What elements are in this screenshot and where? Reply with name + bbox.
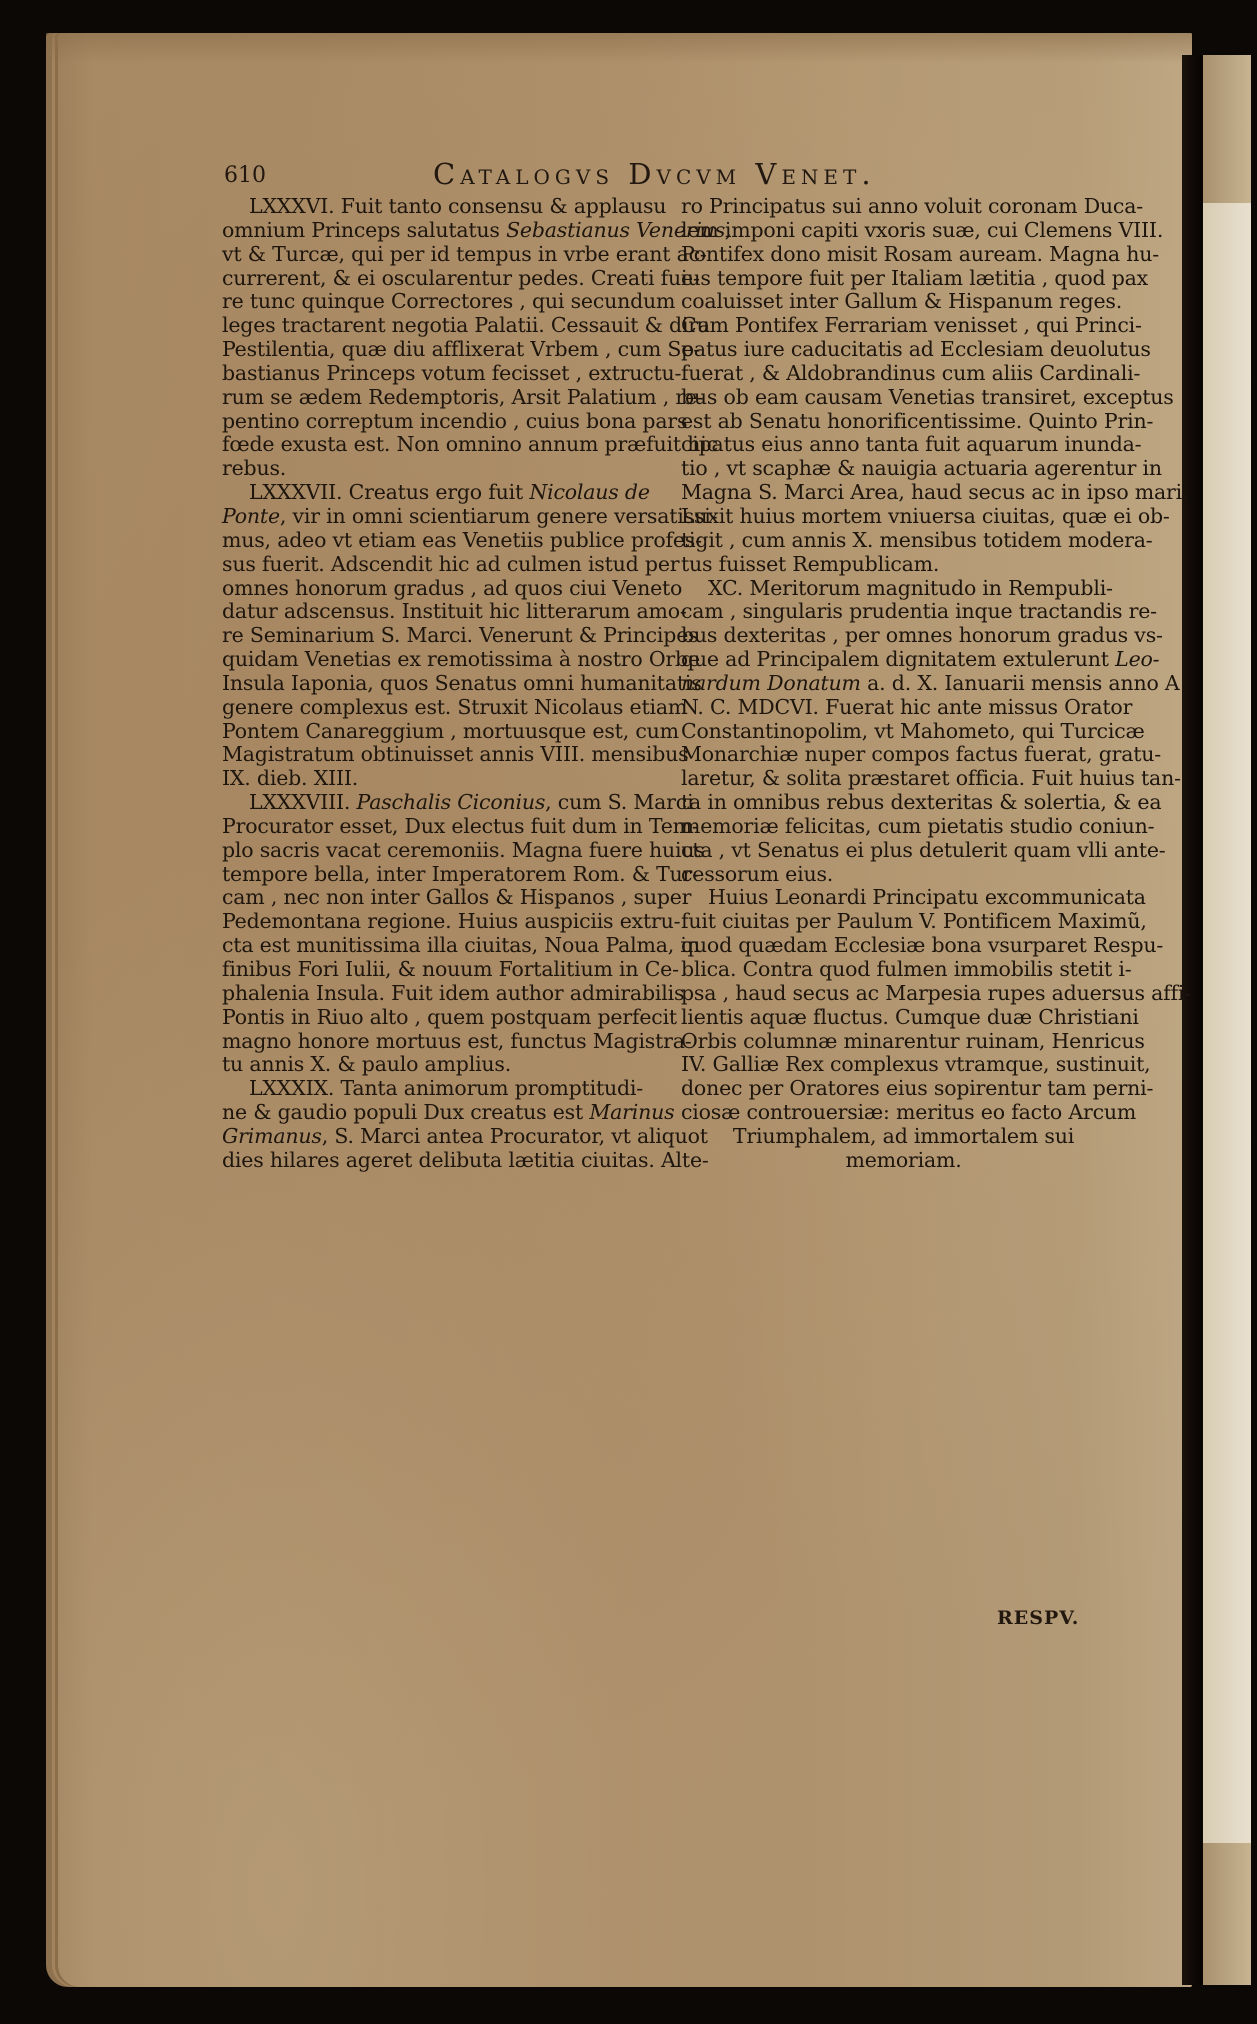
text-line: rebus. [222, 457, 667, 481]
text-line: ro Principatus sui anno voluit coronam D… [681, 195, 1126, 219]
page-number: 610 [224, 163, 266, 188]
text-line: cam , singularis prudentia inque tractan… [681, 600, 1126, 624]
text-line: tigit , cum annis X. mensibus totidem mo… [681, 529, 1126, 553]
text-line: LXXXIX. Tanta animorum promptitudi- [222, 1077, 667, 1101]
text-line: LXXXVIII. Paschalis Ciconius, cum S. Mar… [222, 791, 667, 815]
text-line: omnium Princeps salutatus Sebastianus Ve… [222, 219, 667, 243]
italic-name: Nicolaus de [529, 480, 649, 504]
text-line: IX. dieb. XIII. [222, 767, 667, 791]
running-head: 610 Catalogvs Dvcvm Venet. [220, 155, 1140, 195]
italic-name: Leo- [1115, 647, 1159, 671]
text-line: lientis aquæ fluctus. Cumque duæ Christi… [681, 1006, 1126, 1030]
text-line: ta in omnibus rebus dexteritas & solerti… [681, 791, 1126, 815]
text-line: coaluisset inter Gallum & Hispanum reges… [681, 290, 1126, 314]
text-line: re tunc quinque Correctores , qui secund… [222, 290, 667, 314]
text-line: mus, adeo vt etiam eas Venetiis publice … [222, 529, 667, 553]
text-line: re Seminarium S. Marci. Venerunt & Princ… [222, 624, 667, 648]
text-line: Pestilentia, quæ diu afflixerat Vrbem , … [222, 338, 667, 362]
text-line: currerent, & ei oscularentur pedes. Crea… [222, 267, 667, 291]
text-line: quod quædam Ecclesiæ bona vsurparet Resp… [681, 934, 1126, 958]
text-line: tempore bella, inter Imperatorem Rom. & … [222, 863, 667, 887]
text-line: nardum Donatum a. d. X. Ianuarii mensis … [681, 672, 1126, 696]
text-line: cessorum eius. [681, 863, 1126, 887]
text-line: blica. Contra quod fulmen immobilis stet… [681, 958, 1126, 982]
text-line: Insula Iaponia, quos Senatus omni humani… [222, 672, 667, 696]
text-line: quidam Venetias ex remotissima à nostro … [222, 648, 667, 672]
text-line: leges tractarent negotia Palatii. Cessau… [222, 314, 667, 338]
italic-name: Paschalis Ciconius [357, 790, 546, 814]
text-line: cipatus eius anno tanta fuit aquarum inu… [681, 433, 1126, 457]
text-line: Magistratum obtinuisset annis VIII. mens… [222, 743, 667, 767]
text-line: Procurator esset, Dux electus fuit dum i… [222, 815, 667, 839]
italic-name: Ponte [222, 504, 280, 528]
text-line: ius tempore fuit per Italiam lætitia , q… [681, 267, 1126, 291]
text-line: Monarchiæ nuper compos factus fuerat, gr… [681, 743, 1126, 767]
text-line: Pedemontana regione. Huius auspiciis ext… [222, 910, 667, 934]
text-line: cta est munitissima illa ciuitas, Noua P… [222, 934, 667, 958]
text-line: bus dexteritas , per omnes honorum gradu… [681, 624, 1126, 648]
facing-page-light-strip [1203, 203, 1251, 1843]
running-title: Catalogvs Dvcvm Venet. [433, 157, 876, 191]
text-line: IV. Galliæ Rex complexus vtramque, susti… [681, 1053, 1126, 1077]
text-line: lem imponi capiti vxoris suæ, cui Clemen… [681, 219, 1126, 243]
text-line: Triumphalem, ad immortalem sui [681, 1125, 1126, 1149]
text-line: tus fuisset Rempublicam. [681, 553, 1126, 577]
italic-name: Grimanus [222, 1124, 322, 1148]
text-line: finibus Fori Iulii, & nouum Fortalitium … [222, 958, 667, 982]
text-line: Pontem Canareggium , mortuusque est, cum [222, 720, 667, 744]
italic-name: Marinus [589, 1100, 674, 1124]
text-line: pentino correptum incendio , cuius bona … [222, 410, 667, 434]
text-line: fuit ciuitas per Paulum V. Pontificem Ma… [681, 910, 1126, 934]
text-line: rum se ædem Redemptoris, Arsit Palatium … [222, 386, 667, 410]
text-line: psa , haud secus ac Marpesia rupes aduer… [681, 982, 1126, 1006]
text-line: Pontis in Riuo alto , quem postquam perf… [222, 1006, 667, 1030]
text-line: cta , vt Senatus ei plus detulerit quam … [681, 839, 1126, 863]
text-line: LXXXVII. Creatus ergo fuit Nicolaus de [222, 481, 667, 505]
text-line: sus fuerit. Adscendit hic ad culmen istu… [222, 553, 667, 577]
text-line: laretur, & solita præstaret officia. Fui… [681, 767, 1126, 791]
text-line: Luxit huius mortem vniuersa ciuitas, quæ… [681, 505, 1126, 529]
text-line: N. C. MDCVI. Fuerat hic ante missus Orat… [681, 696, 1126, 720]
right-text-column: ro Principatus sui anno voluit coronam D… [681, 195, 1126, 1173]
text-line: cam , nec non inter Gallos & Hispanos , … [222, 886, 667, 910]
catchword: RESPV. [997, 1607, 1079, 1629]
text-line: LXXXVI. Fuit tanto consensu & applausu [222, 195, 667, 219]
text-line: datur adscensus. Instituit hic litteraru… [222, 600, 667, 624]
text-line: fœde exusta est. Non omnino annum præfui… [222, 433, 667, 457]
text-line: Cum Pontifex Ferrariam venisset , qui Pr… [681, 314, 1126, 338]
text-line: fuerat , & Aldobrandinus cum aliis Cardi… [681, 362, 1126, 386]
text-line: dies hilares ageret delibuta lætitia ciu… [222, 1149, 667, 1173]
text-line: Orbis columnæ minarentur ruinam, Henricu… [681, 1030, 1126, 1054]
text-line: memoriam. [681, 1149, 1126, 1173]
text-line: que ad Principalem dignitatem extulerunt… [681, 648, 1126, 672]
text-line: ne & gaudio populi Dux creatus est Marin… [222, 1101, 667, 1125]
text-line: Constantinopolim, vt Mahometo, qui Turci… [681, 720, 1126, 744]
text-line: Grimanus, S. Marci antea Procurator, vt … [222, 1125, 667, 1149]
text-line: Magna S. Marci Area, haud secus ac in ip… [681, 481, 1126, 505]
text-line: plo sacris vacat ceremoniis. Magna fuere… [222, 839, 667, 863]
text-line: magno honore mortuus est, functus Magist… [222, 1030, 667, 1054]
page-top-edge [46, 33, 1192, 63]
text-line: tu annis X. & paulo amplius. [222, 1053, 667, 1077]
text-line: ciosæ controuersiæ: meritus eo facto Arc… [681, 1101, 1126, 1125]
left-text-column: LXXXVI. Fuit tanto consensu & applausuom… [222, 195, 667, 1173]
italic-name: nardum Donatum [681, 671, 861, 695]
text-line: genere complexus est. Struxit Nicolaus e… [222, 696, 667, 720]
text-line: Ponte, vir in omni scientiarum genere ve… [222, 505, 667, 529]
text-line: tio , vt scaphæ & nauigia actuaria agere… [681, 457, 1126, 481]
text-line: bastianus Princeps votum fecisset , extr… [222, 362, 667, 386]
text-line: XC. Meritorum magnitudo in Rempubli- [681, 577, 1126, 601]
text-line: omnes honorum gradus , ad quos ciui Vene… [222, 577, 667, 601]
text-line: vt & Turcæ, qui per id tempus in vrbe er… [222, 243, 667, 267]
text-line: patus iure caducitatis ad Ecclesiam deuo… [681, 338, 1126, 362]
text-line: Huius Leonardi Principatu excommunicata [681, 886, 1126, 910]
text-line: Pontifex dono misit Rosam auream. Magna … [681, 243, 1126, 267]
text-line: phalenia Insula. Fuit idem author admira… [222, 982, 667, 1006]
text-line: memoriæ felicitas, cum pietatis studio c… [681, 815, 1126, 839]
text-line: est ab Senatu honorificentissime. Quinto… [681, 410, 1126, 434]
text-line: donec per Oratores eius sopirentur tam p… [681, 1077, 1126, 1101]
text-line: bus ob eam causam Venetias transiret, ex… [681, 386, 1126, 410]
book-gutter [1182, 55, 1202, 1985]
